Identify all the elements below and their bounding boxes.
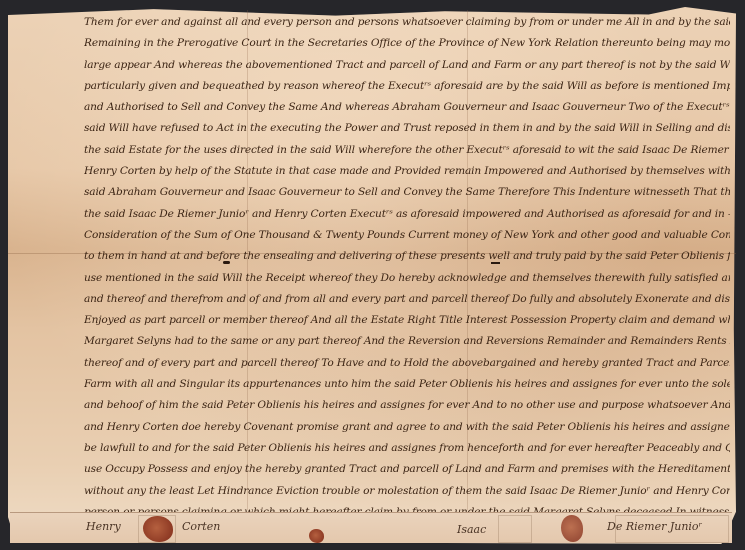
deed-text: Them for ever and against all and every … [84, 12, 730, 544]
deed-line: Margaret Selyns had to the same or any p… [84, 331, 730, 352]
ink-blot [223, 261, 230, 264]
ink-blot [491, 262, 500, 264]
signature-seal-strip: Henry Corten Isaac De Riemer Junioʳ [10, 512, 732, 543]
deed-line: the said Isaac De Riemer Junioʳ and Henr… [84, 204, 730, 225]
seal-tab [498, 515, 532, 543]
signature-de-riemer: De Riemer Junioʳ [607, 520, 702, 533]
deed-line: Farm with all and Singular its appurtena… [84, 374, 730, 395]
deed-line: Henry Corten by help of the Statute in t… [84, 161, 730, 182]
deed-line: and behoof of him the said Peter Oblieni… [84, 395, 730, 416]
deed-line: thereof and of every part and parcell th… [84, 353, 730, 374]
deed-line: use mentioned in the said Will the Recei… [84, 268, 730, 289]
deed-line: use Occupy Possess and enjoy the hereby … [84, 459, 730, 480]
signature-corten: Corten [182, 520, 220, 533]
deed-line: and thereof and therefrom and of and fro… [84, 289, 730, 310]
deed-line: said Abraham Gouverneur and Isaac Gouver… [84, 182, 730, 203]
deed-line: large appear And whereas the abovementio… [84, 55, 730, 76]
deed-line: to them in hand at and before the enseal… [84, 246, 730, 267]
deed-line: the said Estate for the uses directed in… [84, 140, 730, 161]
deed-line: be lawfull to and for the said Peter Obl… [84, 438, 730, 459]
deed-line: without any the least Let Hindrance Evic… [84, 481, 730, 502]
deed-line: Remaining in the Prerogative Court in th… [84, 33, 730, 54]
wax-seal [309, 529, 324, 543]
signature-isaac: Isaac [457, 523, 486, 536]
deed-line: and Henry Corten doe hereby Covenant pro… [84, 417, 730, 438]
deed-line: Consideration of the Sum of One Thousand… [84, 225, 730, 246]
wax-seal [561, 515, 583, 542]
wax-seal [143, 516, 173, 542]
deed-line: Them for ever and against all and every … [84, 12, 730, 33]
deed-line: particularly given and bequeathed by rea… [84, 76, 730, 97]
deed-line: Enjoyed as part parcell or member thereo… [84, 310, 730, 331]
deed-line: said Will have refused to Act in the exe… [84, 118, 730, 139]
deed-line: and Authorised to Sell and Convey the Sa… [84, 97, 730, 118]
signature-henry: Henry [86, 520, 121, 533]
